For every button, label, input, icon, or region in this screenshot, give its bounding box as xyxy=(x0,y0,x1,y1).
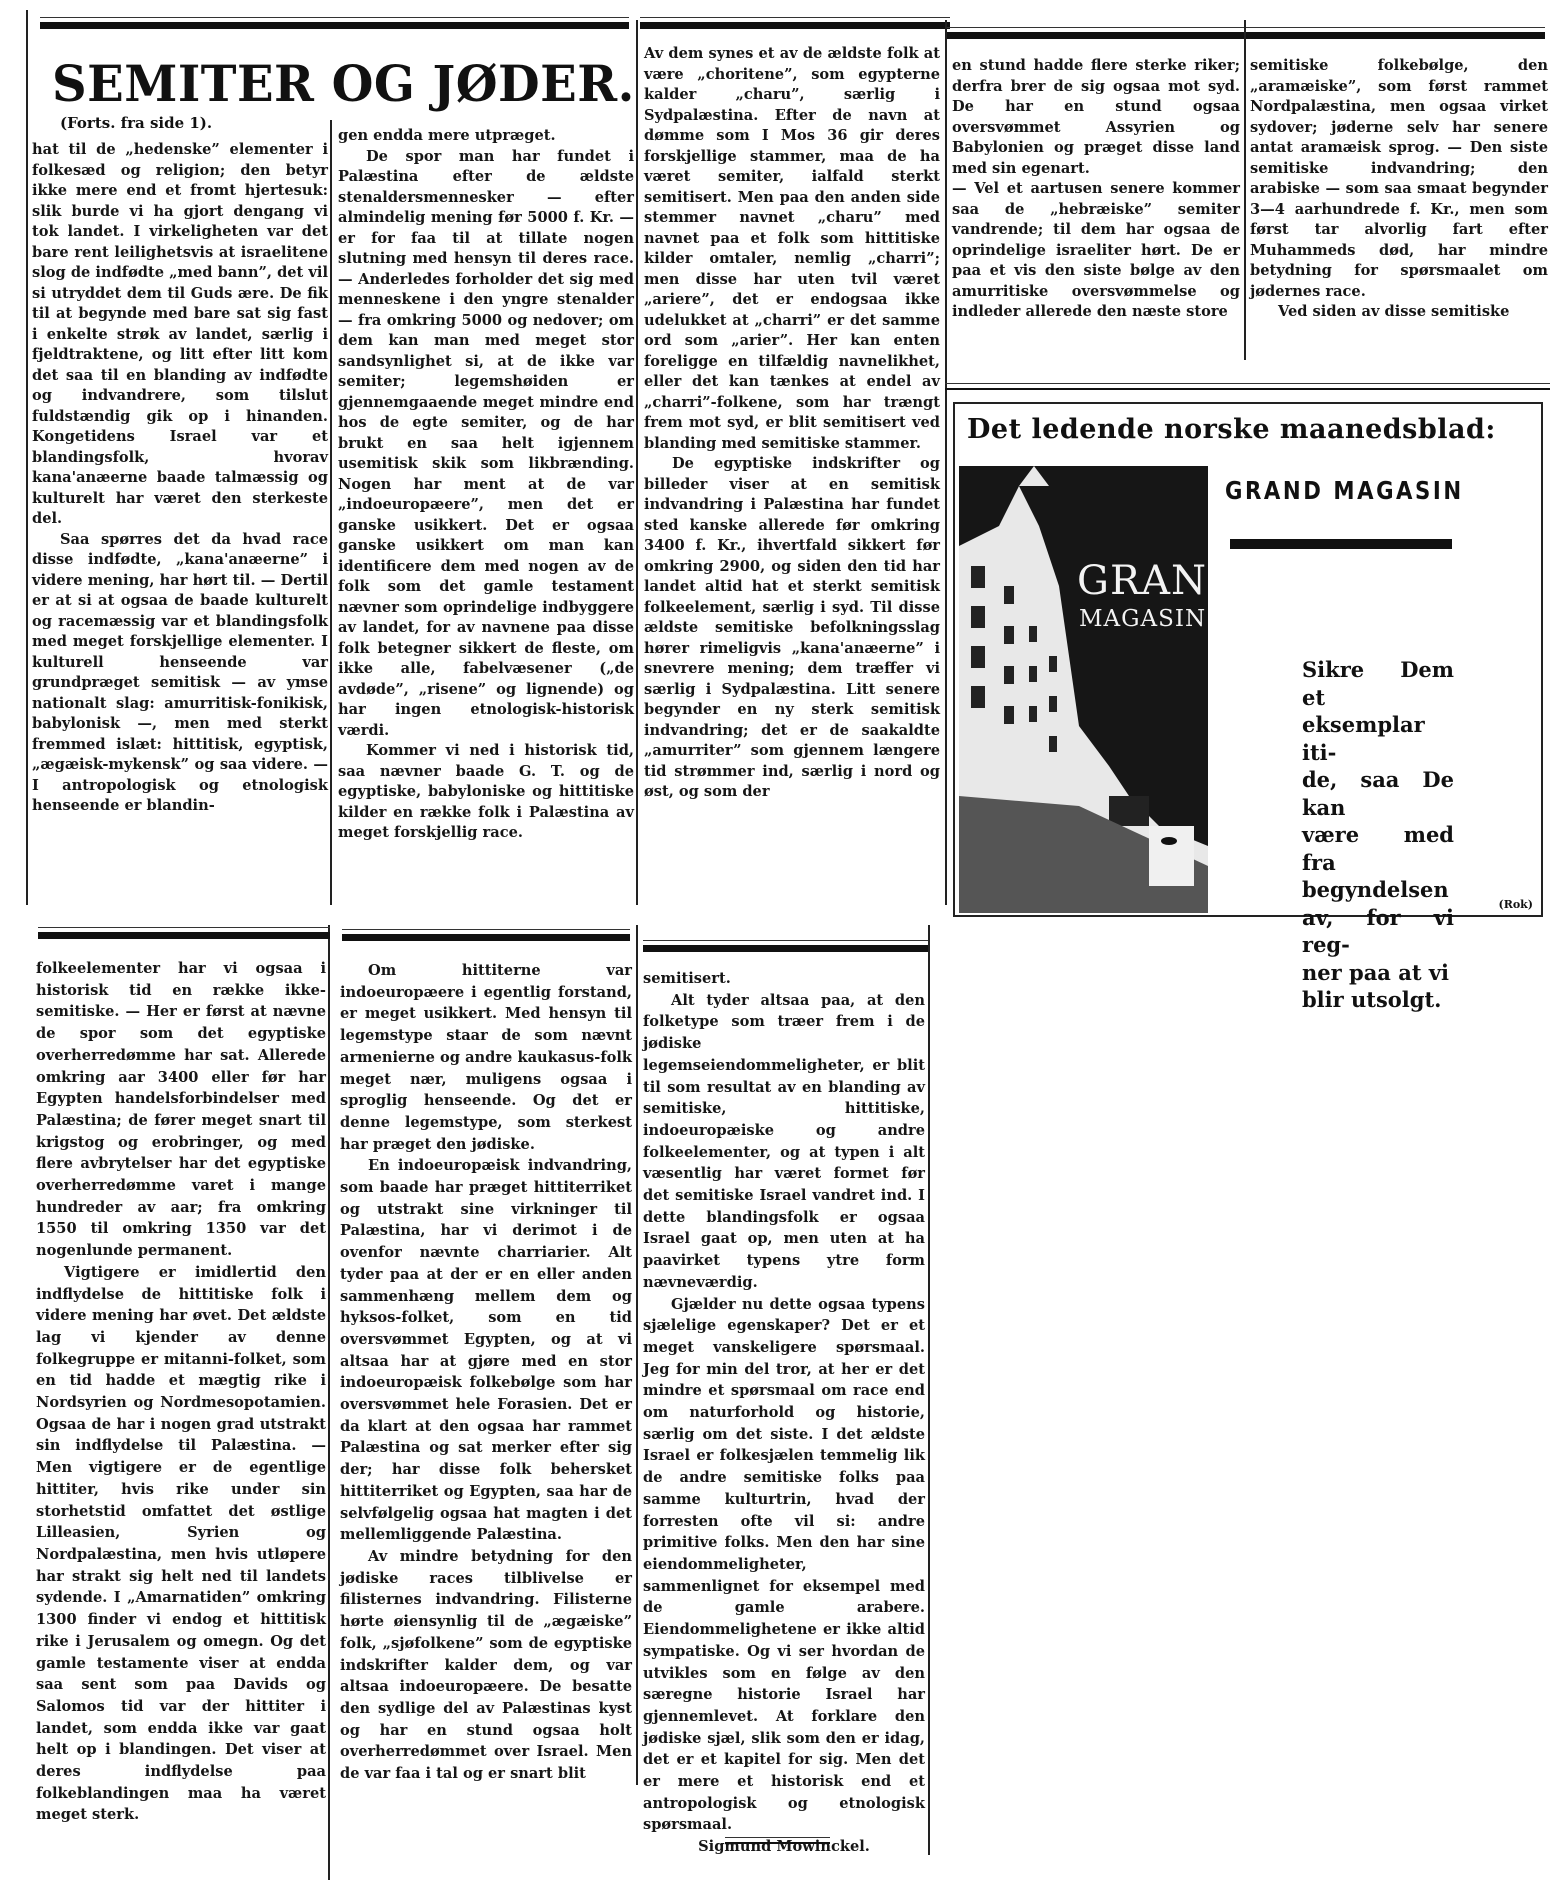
column-divider xyxy=(636,20,638,905)
article-column-2: gen endda mere utpræget. De spor man har… xyxy=(338,126,634,844)
column-divider xyxy=(636,925,638,1785)
paragraph: En indoeuropæisk indvandring, som baade … xyxy=(340,1155,632,1546)
column-rule xyxy=(1200,32,1545,39)
column-divider xyxy=(328,925,330,1880)
article-column-5: semitiske folkebølge, den „aramæiske”, s… xyxy=(1250,56,1548,323)
column-rule xyxy=(38,932,330,939)
column-rule xyxy=(40,22,324,29)
paragraph: Kommer vi ned i historisk tid, saa nævne… xyxy=(338,741,634,844)
ad-brand-name: GRAND MAGASIN xyxy=(1225,476,1464,505)
paragraph: gen endda mere utpræget. xyxy=(338,126,634,147)
column-divider xyxy=(1244,20,1246,360)
article-column-8: semitisert. Alt tyder altsaa paa, at den… xyxy=(643,968,925,1858)
paragraph: — Vel et aartusen senere kommer saa de „… xyxy=(952,179,1240,323)
article-column-6: folkeelementer har vi ogsaa i historisk … xyxy=(36,958,326,1826)
building-street-illustration xyxy=(959,466,1208,913)
paragraph: Ved siden av disse semitiske xyxy=(1250,302,1548,323)
column-rule xyxy=(640,22,950,29)
ad-rule xyxy=(945,388,1550,390)
ad-copy-line: være med fra xyxy=(1302,821,1454,876)
paragraph: Vigtigere er imidlertid den indflydelse … xyxy=(36,1262,326,1826)
paragraph: De spor man har fundet i Palæstina efter… xyxy=(338,147,634,742)
paragraph: Gjælder nu dette ogsaa typens sjælelige … xyxy=(643,1294,925,1837)
ad-copy-line: de, saa De kan xyxy=(1302,766,1454,821)
article-column-1: hat til de „hedenske” elementer i folkes… xyxy=(32,140,328,817)
column-divider xyxy=(26,10,28,905)
paragraph: Av dem synes et av de ældste folk at vær… xyxy=(644,44,940,454)
paragraph: Saa spørres det da hvad race disse indfø… xyxy=(32,530,328,817)
continued-note: (Forts. fra side 1). xyxy=(60,114,212,132)
ad-image-title: GRAND xyxy=(1077,558,1208,604)
ad-image-subtitle: MAGASIN xyxy=(1079,606,1206,632)
column-divider xyxy=(928,925,930,1855)
ad-copy-line: ner paa at vi xyxy=(1302,959,1454,987)
paragraph: semitisert. xyxy=(643,968,925,990)
column-divider xyxy=(330,120,332,905)
paragraph: Av mindre betydning for den jødiske race… xyxy=(340,1546,632,1785)
author-signature: Sigmund Mowinckel. xyxy=(643,1836,925,1858)
paragraph: Om hittiterne var indoeuropæere i egentl… xyxy=(340,960,632,1155)
article-headline: SEMITER OG JØDER. xyxy=(52,54,635,113)
signature-underline xyxy=(725,1842,830,1844)
paragraph: en stund hadde flere sterke riker; derfr… xyxy=(952,56,1240,179)
advertisement-grand-magasin: Det ledende norske maanedsblad: GRAND MA… xyxy=(953,402,1543,917)
article-column-7: Om hittiterne var indoeuropæere i egentl… xyxy=(340,960,632,1785)
ad-copy-line: Sikre Dem et xyxy=(1302,656,1454,711)
article-column-3: Av dem synes et av de ældste folk at vær… xyxy=(644,44,940,803)
ad-headline: Det ledende norske maanedsblad: xyxy=(967,414,1496,445)
ad-copy-line: eksemplar iti- xyxy=(1302,711,1454,766)
ad-copy-line: blir utsolgt. xyxy=(1302,986,1454,1014)
ad-copy: Sikre Dem et eksemplar iti- de, saa De k… xyxy=(1302,656,1454,1014)
ad-credit: (Rok) xyxy=(1498,898,1533,911)
article-column-4: en stund hadde flere sterke riker; derfr… xyxy=(952,56,1240,323)
column-rule xyxy=(643,945,928,952)
column-rule xyxy=(342,934,630,941)
ad-illustration: GRAND MAGASIN xyxy=(959,466,1208,913)
paragraph: hat til de „hedenske” elementer i folkes… xyxy=(32,140,328,530)
column-divider xyxy=(945,20,947,905)
column-rule xyxy=(324,22,629,29)
ad-copy-line: av, for vi reg- xyxy=(1302,904,1454,959)
ad-copy-line: begyndelsen xyxy=(1302,876,1454,904)
paragraph: Alt tyder altsaa paa, at den folketype s… xyxy=(643,990,925,1294)
ad-divider-bar xyxy=(1230,539,1452,549)
paragraph: folkeelementer har vi ogsaa i historisk … xyxy=(36,958,326,1262)
paragraph: semitiske folkebølge, den „aramæiske”, s… xyxy=(1250,56,1548,302)
paragraph: De egyptiske indskrifter og billeder vis… xyxy=(644,454,940,803)
